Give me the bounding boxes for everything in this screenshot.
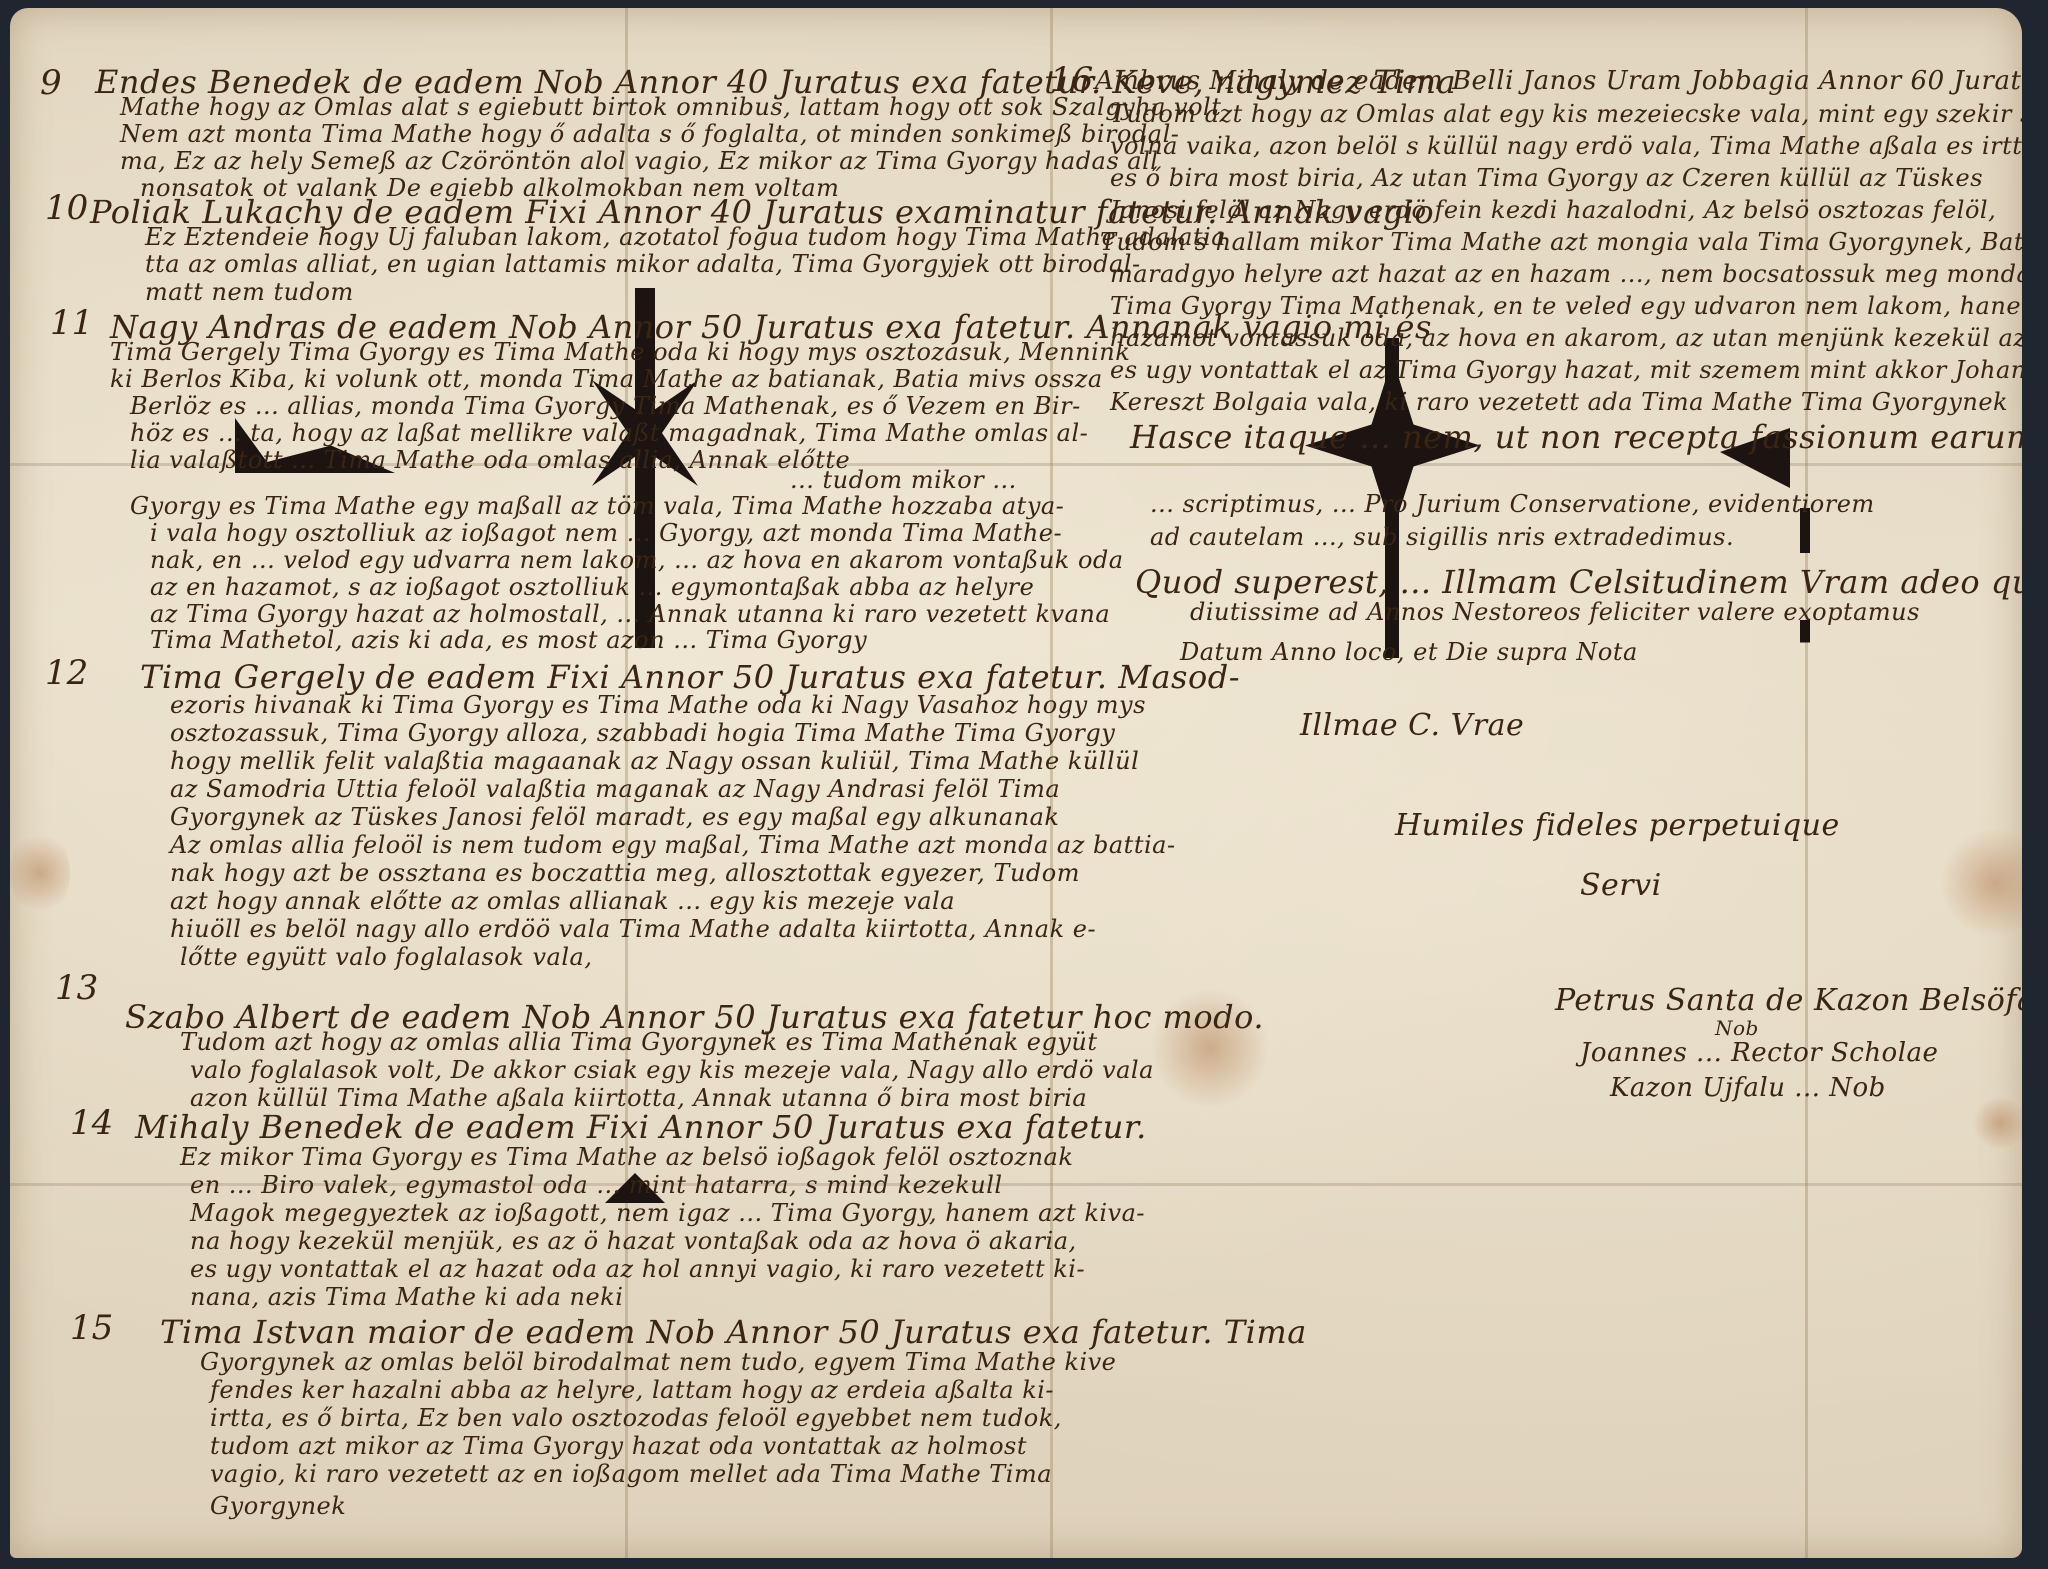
entry-line: ... tudom mikor ... <box>790 466 1017 494</box>
subscription-line: Servi <box>1580 868 1662 903</box>
entry-line: es ugy vontattak el az Tima Gyorgy hazat… <box>1110 356 2022 384</box>
entry-line: Tima Istvan maior de eadem Nob Annor 50 … <box>160 1313 1307 1351</box>
entry-line: i vala hogy osztolliuk az ioßagot nem ..… <box>150 519 1062 547</box>
entry-line: Gyorgy es Tima Mathe egy maßall az töm v… <box>130 492 1064 520</box>
entry-line: Tima Mathetol, azis ki ada, es most azon… <box>150 626 867 654</box>
entry-line: lia valaßtott ... Tima Mathe oda omlas a… <box>130 446 850 474</box>
entry-line: Ez Eztendeie hogy Uj faluban lakom, azot… <box>145 223 1226 251</box>
subscription-line: Humiles fideles perpetuique <box>1395 808 1840 843</box>
entry-line: höz es ... ta, hogy az laßat mellikre va… <box>130 419 1088 447</box>
entry-line: Magok megegyeztek az ioßagott, nem igaz … <box>190 1199 1145 1227</box>
entry-line: irtta, es ő birta, Ez ben valo osztozoda… <box>210 1404 1062 1432</box>
entry-line: nak, en ... velod egy udvarra nem lakom,… <box>150 546 1124 574</box>
entry-number: 12 <box>45 653 88 693</box>
closing-line: diutissime ad Annos Nestoreos feliciter … <box>1190 598 1920 626</box>
water-stain <box>10 828 70 918</box>
entry-line: Tudom azt hogy az omlas allia Tima Gyorg… <box>180 1028 1098 1056</box>
signatory: Kazon Ujfalu ... Nob <box>1610 1073 1886 1103</box>
entry-line: hogy mellik felit valaßtia magaanak az N… <box>170 747 1139 775</box>
entry-line: Ambrus Mihaly de eadem Belli Janos Uram … <box>1095 66 2022 96</box>
entry-line: na hogy kezekül menjük, es az ö hazat vo… <box>190 1227 1077 1255</box>
entry-line: osztozassuk, Tima Gyorgy alloza, szabbad… <box>170 719 1115 747</box>
entry-line: volna vaika, azon belöl s küllül nagy er… <box>1110 132 2022 160</box>
entry-line: Tima Gergely Tima Gyorgy es Tima Mathe o… <box>110 338 1130 366</box>
entry-number: 15 <box>70 1308 113 1348</box>
closing-line: Hasce itaque ... nem, ut non recepta fas… <box>1130 418 2022 456</box>
entry-line: az Tima Gyorgy hazat az holmostall, ... … <box>150 600 1110 628</box>
signatory: Petrus Santa de Kazon Belsöfalu <box>1555 983 2022 1018</box>
entry-line: hiuöll es belöl nagy allo erdöö vala Tim… <box>170 915 1096 943</box>
entry-line: azt hogy annak előtte az omlas allianak … <box>170 887 955 915</box>
signatory: Joannes ... Rector Scholae <box>1580 1038 1938 1068</box>
entry-line: vagio, ki raro vezetett az en ioßagom me… <box>210 1460 1052 1488</box>
water-stain <box>1970 1098 2022 1148</box>
entry-line: Nem azt monta Tima Mathe hogy ő adalta s… <box>120 120 1179 148</box>
entry-line: Gyorgynek az omlas belöl birodalmat nem … <box>200 1348 1116 1376</box>
entry-line: maradgyo helyre azt hazat az en hazam ..… <box>1110 260 2022 288</box>
entry-line: Tudom s hallam mikor Tima Mathe azt mong… <box>1100 228 2022 256</box>
entry-line: es ugy vontattak el az hazat oda az hol … <box>190 1255 1085 1283</box>
closing-line: Quod superest, ... Illmam Celsitudinem V… <box>1135 563 2022 601</box>
entry-line: Gyorgynek <box>210 1492 346 1520</box>
entry-line: lőtte együtt valo foglalasok vala, <box>180 943 592 971</box>
entry-line: Tima Gyorgy Tima Mathenak, en te veled e… <box>1110 292 2022 320</box>
entry-line: nak hogy azt be ossztana es boczattia me… <box>170 859 1080 887</box>
entry-number: 10 <box>45 188 88 228</box>
entry-number: 14 <box>70 1103 113 1143</box>
entry-line: valo foglalasok volt, De akkor csiak egy… <box>190 1056 1154 1084</box>
closing-line: ... scriptimus, ... Pro Jurium Conservat… <box>1150 490 1875 518</box>
entry-line: fendes ker hazalni abba az helyre, latta… <box>210 1376 1054 1404</box>
signatory-title: Nob <box>1715 1016 1759 1040</box>
manuscript-sheet: 9 Endes Benedek de eadem Nob Annor 40 Ju… <box>10 8 2022 1558</box>
entry-line: Tudom azt hogy az Omlas alat egy kis mez… <box>1110 100 2022 128</box>
entry-line: hazamot vontassuk oda, az hova en akarom… <box>1110 324 2022 352</box>
entry-line: Kereszt Bolgaia vala, ki raro vezetett a… <box>1110 388 2008 416</box>
entry-line: ma, Ez az hely Semeß az Czöröntön alol v… <box>120 147 1158 175</box>
salutation: Illmae C. Vrae <box>1300 708 1524 743</box>
entry-line: en ... Biro valek, egymastol oda ... min… <box>190 1171 1003 1199</box>
closing-line: ad cautelam ..., sub sigillis nris extra… <box>1150 523 1734 551</box>
entry-number: 9 <box>40 63 62 103</box>
entry-line: Ez mikor Tima Gyorgy es Tima Mathe az be… <box>180 1143 1073 1171</box>
entry-line: tta az omlas alliat, en ugian lattamis m… <box>145 250 1141 278</box>
entry-line: ezoris hivanak ki Tima Gyorgy es Tima Ma… <box>170 691 1146 719</box>
entry-line: nana, azis Tima Mathe ki ada neki <box>190 1283 623 1311</box>
closing-line: Datum Anno loco, et Die supra Nota <box>1180 638 1638 666</box>
entry-line: matt nem tudom <box>145 278 354 306</box>
entry-line: Gyorgynek az Tüskes Janosi felöl maradt,… <box>170 803 1059 831</box>
entry-line: Mihaly Benedek de eadem Fixi Annor 50 Ju… <box>135 1108 1147 1146</box>
entry-number: 11 <box>50 303 93 343</box>
entry-line: Janosi felöl az Nagy erdö fein kezdi haz… <box>1110 196 1996 224</box>
entry-line: az Samodria Uttia feloöl valaßtia magana… <box>170 775 1060 803</box>
entry-line: tudom azt mikor az Tima Gyorgy hazat oda… <box>210 1432 1027 1460</box>
entry-line: ki Berlos Kiba, ki volunk ott, monda Tim… <box>110 365 1103 393</box>
entry-line: Az omlas allia feloöl is nem tudom egy m… <box>170 831 1176 859</box>
entry-line: Berlöz es ... allias, monda Tima Gyorgy … <box>130 392 1081 420</box>
entry-number: 16 <box>1050 60 1093 100</box>
entry-line: az en hazamot, s az ioßagot osztolliuk .… <box>150 573 1034 601</box>
entry-number: 13 <box>55 968 98 1008</box>
water-stain <box>1940 828 2022 938</box>
entry-line: es ő bira most biria, Az utan Tima Gyorg… <box>1110 164 1983 192</box>
